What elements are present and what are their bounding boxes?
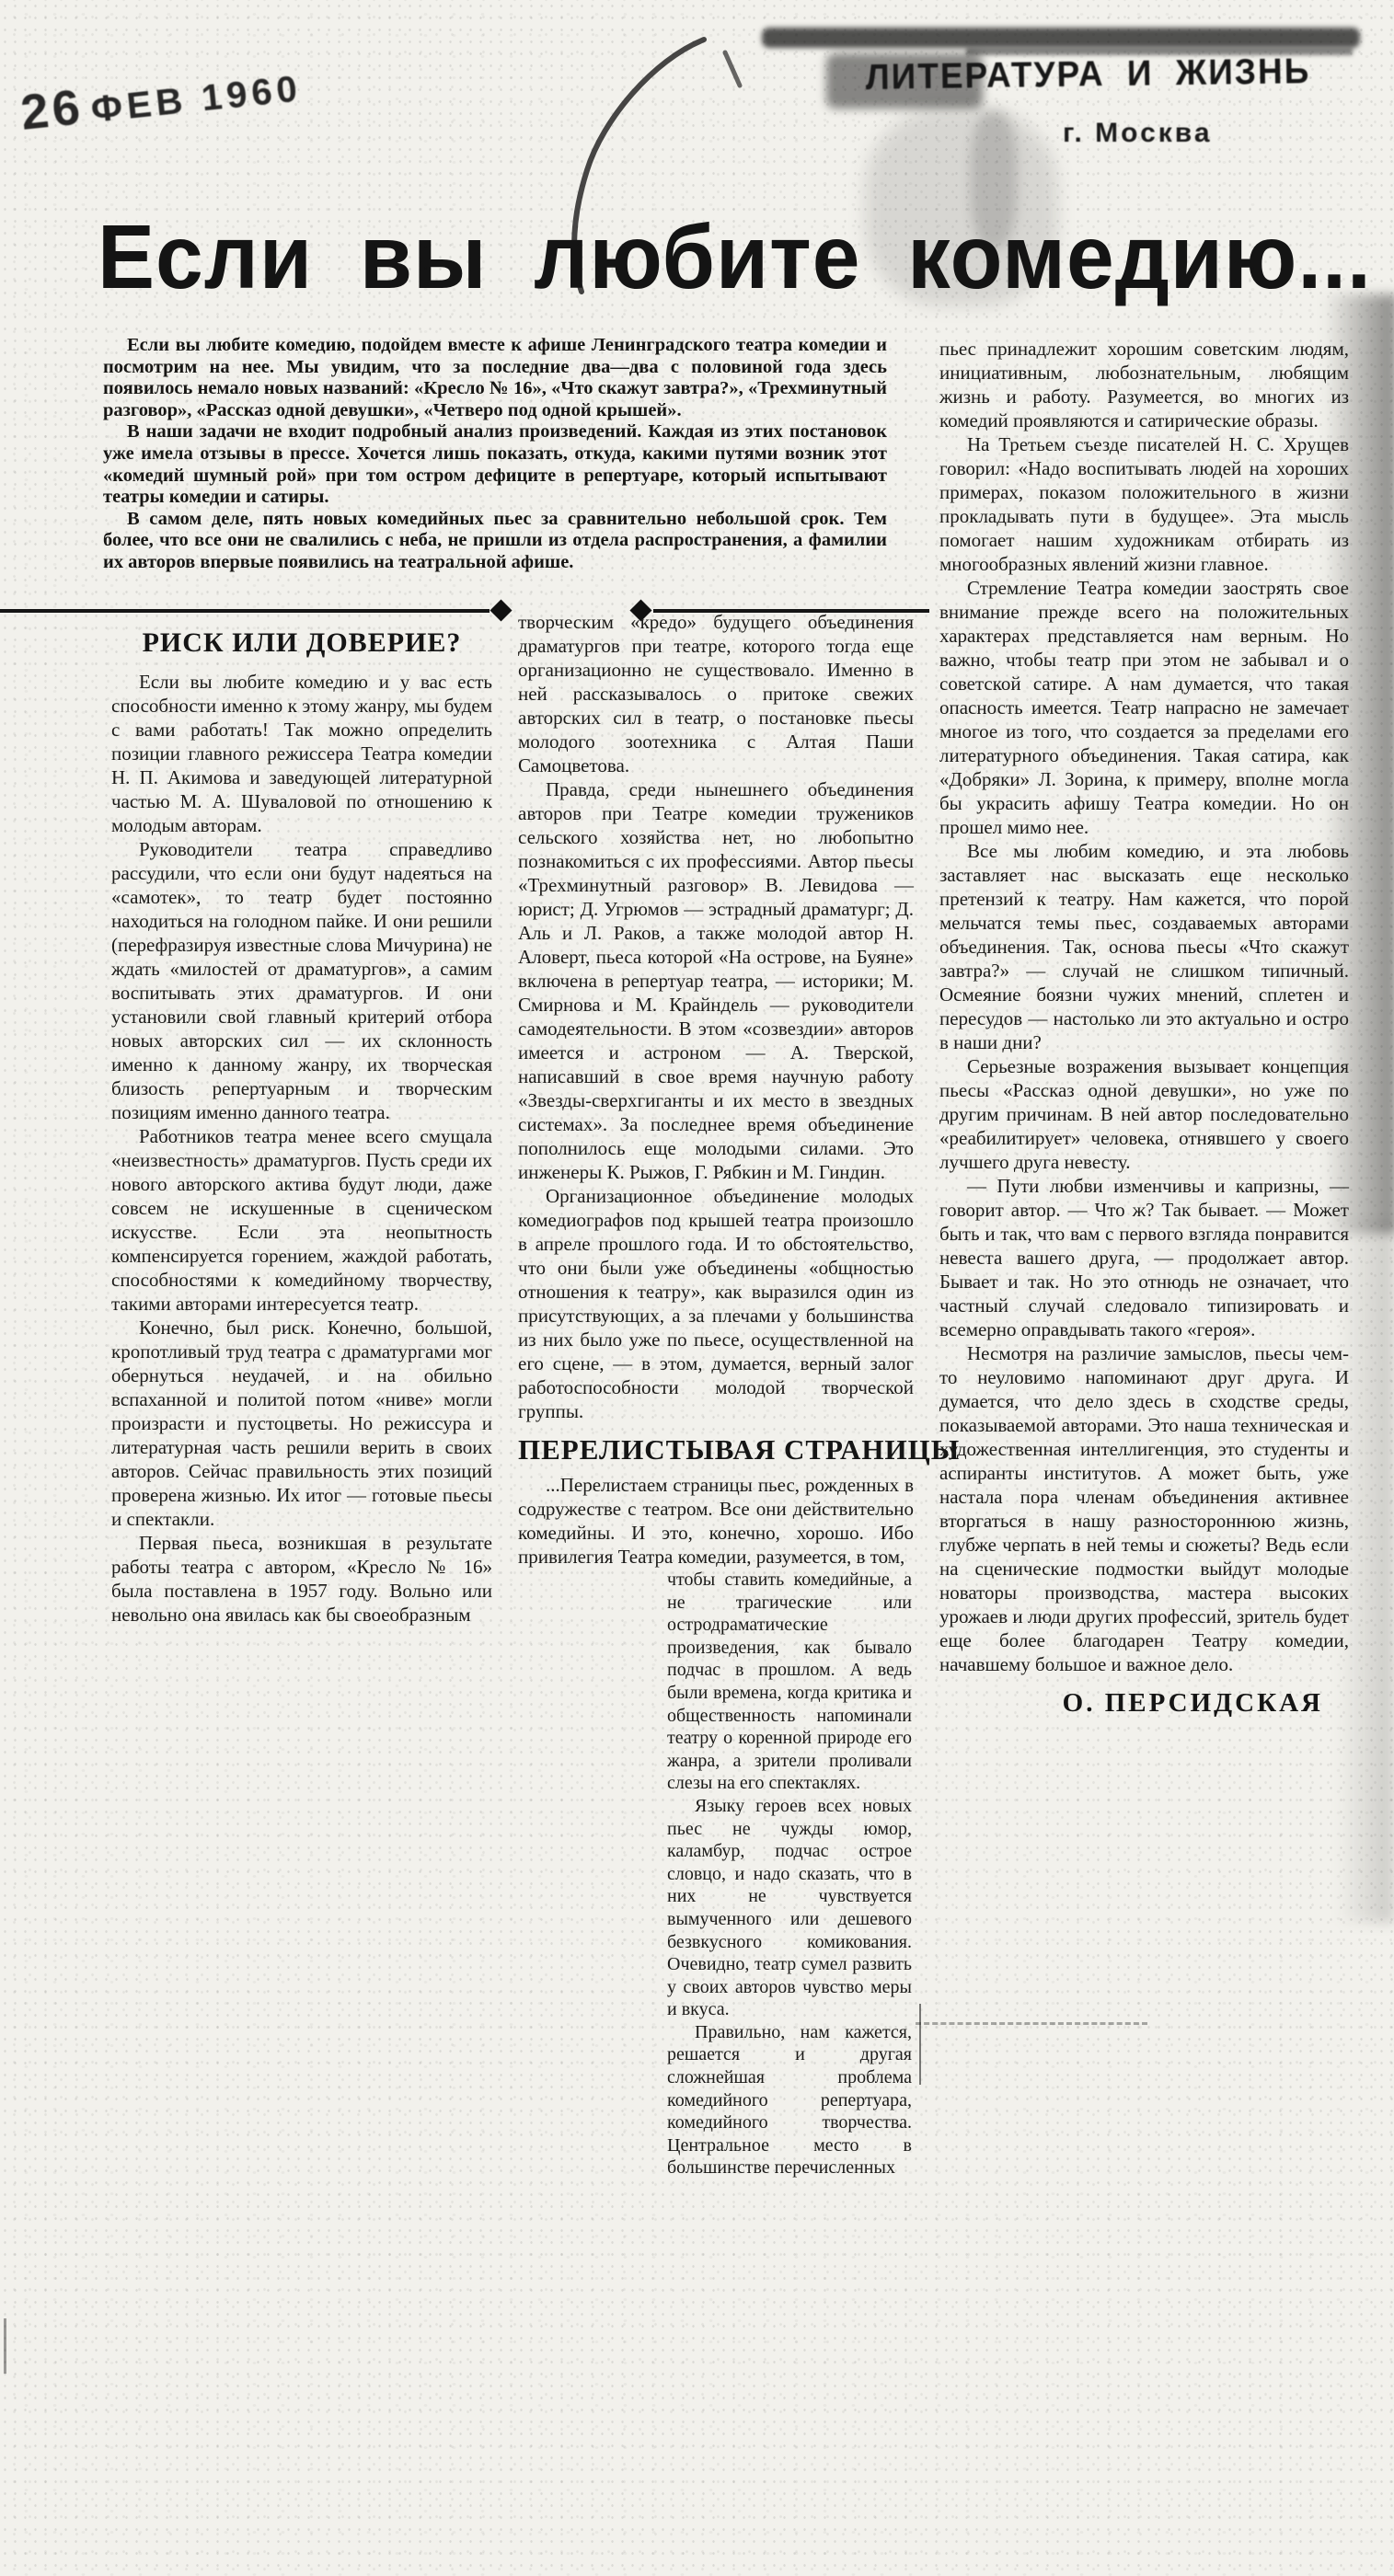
- column-rule: [919, 2004, 921, 2085]
- article-paragraph: Стремление Театра комедии заострять свое…: [939, 576, 1349, 839]
- article-paragraph: чтобы ставить комедийные, а не трагическ…: [667, 1569, 912, 1795]
- stamp-day: 26: [18, 79, 86, 141]
- diamond-icon: [490, 599, 512, 621]
- city-label: г. Москва: [1063, 118, 1213, 149]
- column-middle: творческим «кредо» будущего объединения …: [518, 610, 914, 2528]
- column-left: РИСК ИЛИ ДОВЕРИЕ? Если вы любите комедию…: [111, 631, 492, 1818]
- section-heading-risk: РИСК ИЛИ ДОВЕРИЕ?: [111, 631, 492, 655]
- narrow-subcolumn: чтобы ставить комедийные, а не трагическ…: [667, 1569, 912, 2179]
- article-paragraph: Руководители театра справедливо рассудил…: [111, 837, 492, 1124]
- article-paragraph: Серьезные возражения вызывает концепция …: [939, 1054, 1349, 1174]
- scan-edge-mark: [4, 2318, 6, 2374]
- article-paragraph: творческим «кредо» будущего объединения …: [518, 610, 914, 777]
- section-divider-left: [0, 603, 515, 621]
- clipping-cut-line: [916, 2022, 1147, 2025]
- stamp-month-year: ФЕВ 1960: [89, 68, 304, 131]
- article-paragraph: Несмотря на различие замыслов, пьесы чем…: [939, 1341, 1349, 1676]
- column-right: пьес принадлежит хорошим советским людям…: [939, 337, 1349, 2066]
- lead-paragraph: В самом деле, пять новых комедийных пьес…: [103, 509, 887, 574]
- article-paragraph: Правда, среди нынешнего объединения авто…: [518, 777, 914, 1184]
- date-stamp: 26ФЕВ 1960: [18, 55, 305, 142]
- article-paragraph: Языку героев всех новых пьес не чужды юм…: [667, 1795, 912, 2021]
- divider-line: [0, 609, 490, 613]
- section-heading-pages: ПЕРЕЛИСТЫВАЯ СТРАНИЦЫ: [518, 1438, 914, 1462]
- byline: О. ПЕРСИДСКАЯ: [939, 1691, 1349, 1715]
- lead-paragraph: В наши задачи не входит подробный анализ…: [103, 421, 887, 508]
- newspaper-clipping-page: 26ФЕВ 1960 ЛИТЕРАТУРА И ЖИЗНЬ г. Москва …: [0, 0, 1394, 2576]
- article-title: Если вы любите комедию...: [98, 205, 1386, 309]
- newspaper-masthead: ЛИТЕРАТУРА И ЖИЗНЬ: [819, 51, 1358, 98]
- article-paragraph: — Пути любви изменчивы и капризны, — гов…: [939, 1174, 1349, 1341]
- article-paragraph: Правильно, нам кажется, решается и друга…: [667, 2021, 912, 2179]
- article-paragraph: Организационное объединение молодых коме…: [518, 1184, 914, 1423]
- article-paragraph: На Третьем съезде писателей Н. С. Хрущев…: [939, 432, 1349, 576]
- article-paragraph: Если вы любите комедию и у вас есть спос…: [111, 670, 492, 837]
- ink-smudge: [762, 28, 1360, 48]
- article-paragraph: Работников театра менее всего смущала «н…: [111, 1124, 492, 1316]
- article-paragraph: Все мы любим комедию, и эта любовь заста…: [939, 839, 1349, 1054]
- article-paragraph: Конечно, был риск. Конечно, большой, кро…: [111, 1316, 492, 1531]
- article-paragraph: пьес принадлежит хорошим советским людям…: [939, 337, 1349, 432]
- article-paragraph: Первая пьеса, возникшая в результате раб…: [111, 1531, 492, 1627]
- lead-paragraph: Если вы любите комедию, подойдем вместе …: [103, 335, 887, 421]
- article-paragraph: ...Перелистаем страницы пьес, рожденных …: [518, 1473, 914, 1569]
- article-lead: Если вы любите комедию, подойдем вместе …: [103, 335, 887, 574]
